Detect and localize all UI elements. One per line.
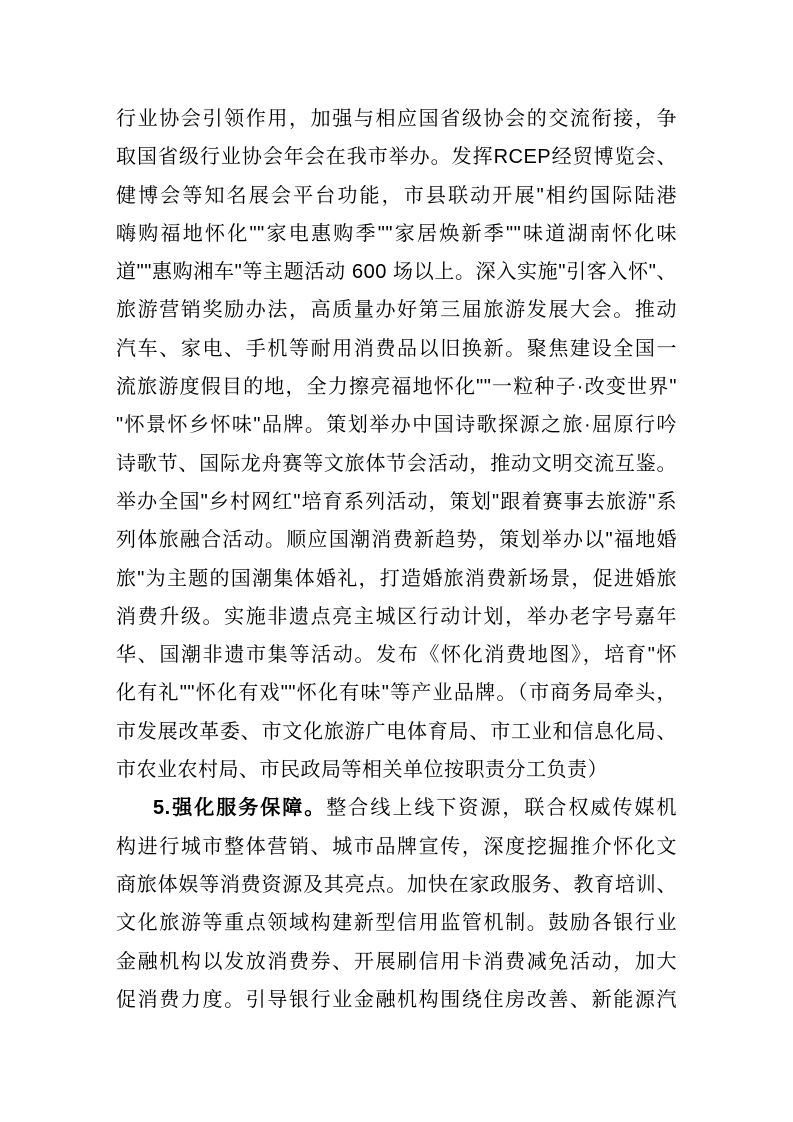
text-line: 嗨购福地怀化""家电惠购季""家居焕新季""味道湖南怀化味 [116,215,677,253]
text-line: 道""惠购湘车"等主题活动 600 场以上。深入实施"引客入怀"、 [116,253,677,291]
paragraph-5-heading: 5.强化服务保障。 [153,797,326,819]
text-line: 促消费力度。引导银行业金融机构围绕住房改善、新能源汽 [116,981,677,1019]
text-line: 市发展改革委、市文化旅游广电体育局、市工业和信息化局、 [116,713,677,751]
text-line: 消费升级。实施非遗点亮主城区行动计划，举办老字号嘉年 [116,598,677,636]
text-line: 金融机构以发放消费券、开展刷信用卡消费减免活动，加大 [116,943,677,981]
document-page: 行业协会引领作用，加强与相应国省级协会的交流衔接，争 取国省级行业协会年会在我市… [0,0,793,1122]
text-line: "怀景怀乡怀味"品牌。策划举办中国诗歌探源之旅·屈原行吟 [116,406,677,444]
text-line: 举办全国"乡村网红"培育系列活动，策划"跟着赛事去旅游"系 [116,483,677,521]
text-line: 旅游营销奖励办法，高质量办好第三届旅游发展大会。推动 [116,291,677,329]
text-line: 诗歌节、国际龙舟赛等文旅体节会活动，推动文明交流互鉴。 [116,445,677,483]
paragraph-5-first-line-rest: 整合线上线下资源，联合权威传媒机 [326,797,677,819]
text-line: 华、国潮非遗市集等活动。发布《怀化消费地图》，培育"怀 [116,636,677,674]
text-line: 商旅体娱等消费资源及其亮点。加快在家政服务、教育培训、 [116,866,677,904]
document-text-block: 行业协会引领作用，加强与相应国省级协会的交流衔接，争 取国省级行业协会年会在我市… [116,100,677,1019]
text-line: 汽车、家电、手机等耐用消费品以旧换新。聚焦建设全国一 [116,330,677,368]
text-line: 化有礼""怀化有戏""怀化有味"等产业品牌。（市商务局牵头， [116,674,677,712]
paragraph-5-first-line: 5.强化服务保障。整合线上线下资源，联合权威传媒机 [116,789,677,827]
text-line: 文化旅游等重点领域构建新型信用监管机制。鼓励各银行业 [116,904,677,942]
text-line: 构进行城市整体营销、城市品牌宣传，深度挖掘推介怀化文 [116,828,677,866]
text-line: 取国省级行业协会年会在我市举办。发挥RCEP经贸博览会、 [116,138,677,176]
text-line: 列体旅融合活动。顺应国潮消费新趋势，策划举办以"福地婚 [116,521,677,559]
text-line: 行业协会引领作用，加强与相应国省级协会的交流衔接，争 [116,100,677,138]
text-line-paragraph-end: 市农业农村局、市民政局等相关单位按职责分工负责） [116,751,677,789]
text-line: 旅"为主题的国潮集体婚礼，打造婚旅消费新场景，促进婚旅 [116,560,677,598]
text-line: 流旅游度假目的地，全力擦亮福地怀化""一粒种子·改变世界" [116,368,677,406]
text-line: 健博会等知名展会平台功能，市县联动开展"相约国际陆港 [116,177,677,215]
